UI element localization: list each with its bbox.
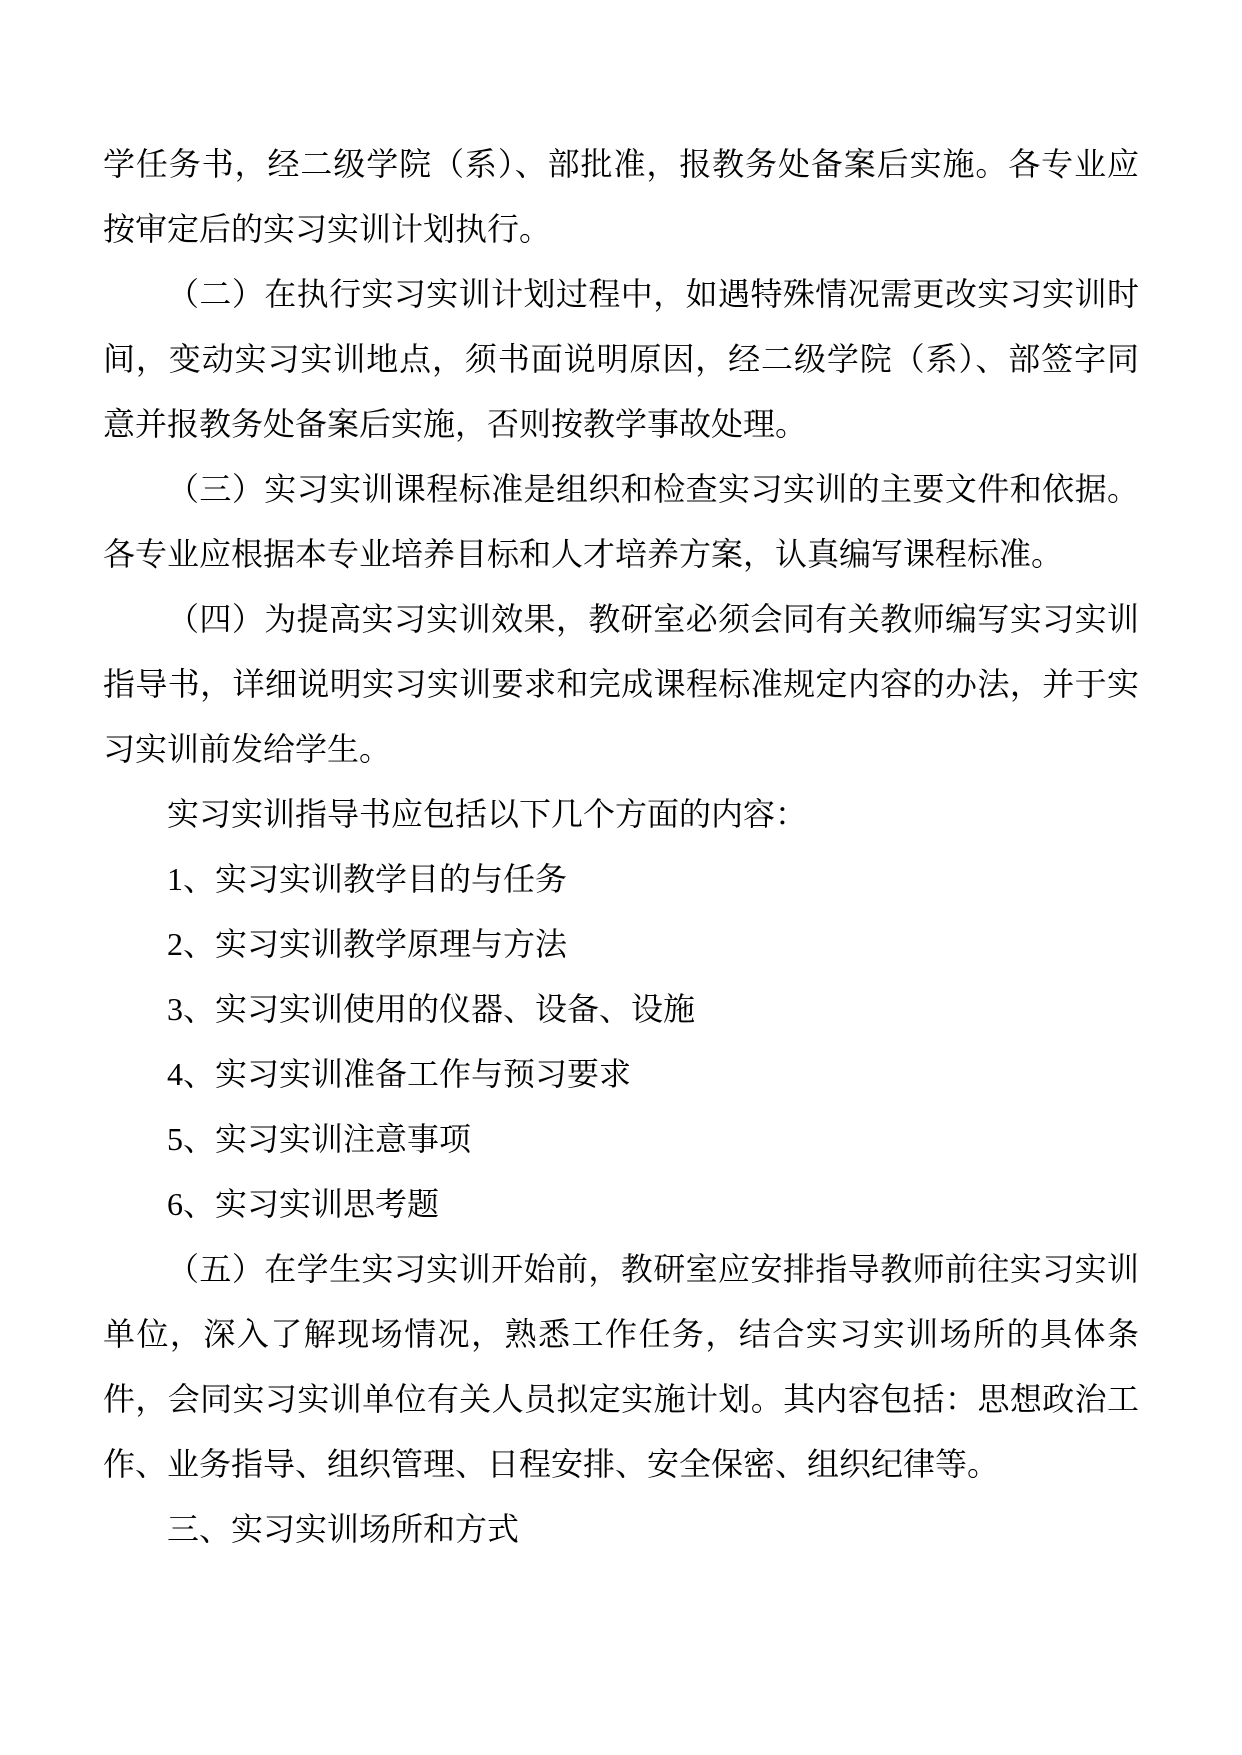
paragraph-item-2: （二）在执行实习实训计划过程中，如遇特殊情况需更改实习实训时间，变动实习实训地点…: [103, 262, 1139, 457]
list-item-1: 1、实习实训教学目的与任务: [103, 847, 1139, 912]
list-item-5: 5、实习实训注意事项: [103, 1107, 1139, 1172]
list-item-4: 4、实习实训准备工作与预习要求: [103, 1042, 1139, 1107]
list-item-2: 2、实习实训教学原理与方法: [103, 912, 1139, 977]
list-item-3: 3、实习实训使用的仪器、设备、设施: [103, 977, 1139, 1042]
paragraph-item-5: （五）在学生实习实训开始前，教研室应安排指导教师前往实习实训单位，深入了解现场情…: [103, 1237, 1139, 1497]
list-item-6: 6、实习实训思考题: [103, 1172, 1139, 1237]
paragraph-continuation: 学任务书，经二级学院（系）、部批准，报教务处备案后实施。各专业应按审定后的实习实…: [103, 132, 1139, 262]
paragraph-item-3: （三）实习实训课程标准是组织和检查实习实训的主要文件和依据。各专业应根据本专业培…: [103, 457, 1139, 587]
section-heading-3: 三、实习实训场所和方式: [103, 1497, 1139, 1562]
document-page: 学任务书，经二级学院（系）、部批准，报教务处备案后实施。各专业应按审定后的实习实…: [0, 0, 1242, 1755]
paragraph-guide-intro: 实习实训指导书应包括以下几个方面的内容：: [103, 782, 1139, 847]
paragraph-item-4: （四）为提高实习实训效果，教研室必须会同有关教师编写实习实训指导书，详细说明实习…: [103, 587, 1139, 782]
